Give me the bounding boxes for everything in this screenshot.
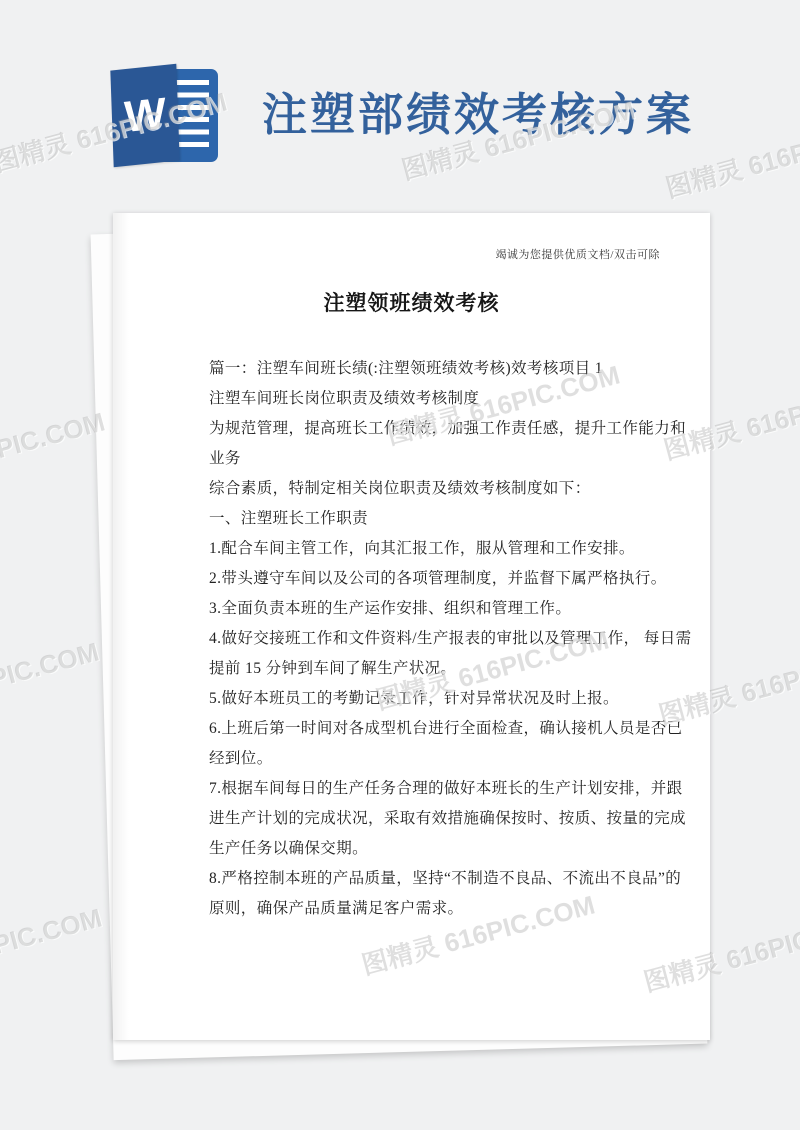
doc-line-14: 经到位。	[209, 744, 687, 774]
doc-line-7: 1.配合车间主管工作，向其汇报工作，服从管理和工作安排。	[209, 534, 687, 564]
word-icon-panel: W	[110, 64, 179, 168]
doc-line-6: 一、注塑班长工作职责	[209, 504, 687, 534]
doc-line-17: 生产任务以确保交期。	[209, 834, 687, 864]
document-page: 竭诚为您提供优质文档/双击可除 注塑领班绩效考核 篇一：注塑车间班长绩(:注塑领…	[113, 213, 710, 1040]
doc-line-10: 4.做好交接班工作和文件资料/生产报表的审批以及管理工作， 每日需	[209, 624, 687, 654]
doc-line-3: 为规范管理，提高班长工作绩效，加强工作责任感，提升工作能力和	[209, 414, 687, 444]
page-header: W 注塑部绩效考核方案	[112, 64, 694, 168]
watermark-text: 图精灵 616PIC.COM	[0, 632, 103, 730]
document-body: 篇一：注塑车间班长绩(:注塑领班绩效考核)效考核项目 1 注塑车间班长岗位职责及…	[209, 354, 687, 924]
doc-line-9: 3.全面负责本班的生产运作安排、组织和管理工作。	[209, 594, 687, 624]
word-icon-letter: W	[123, 91, 166, 139]
doc-line-13: 6.上班后第一时间对各成型机台进行全面检查，确认接机人员是否已	[209, 714, 687, 744]
canvas: { "header": { "title": "注塑部绩效考核方案", "tit…	[0, 0, 800, 1130]
doc-line-19: 原则，确保产品质量满足客户需求。	[209, 894, 687, 924]
page-title: 注塑部绩效考核方案	[262, 91, 694, 141]
doc-line-2: 注塑车间班长岗位职责及绩效考核制度	[209, 384, 687, 414]
doc-line-15: 7.根据车间每日的生产任务合理的做好本班长的生产计划安排，并跟	[209, 774, 687, 804]
doc-line-8: 2.带头遵守车间以及公司的各项管理制度，并监督下属严格执行。	[209, 564, 687, 594]
doc-line-1: 篇一：注塑车间班长绩(:注塑领班绩效考核)效考核项目 1	[209, 354, 687, 384]
word-icon: W	[112, 64, 218, 168]
watermark-text: 图精灵 616PIC.COM	[0, 402, 109, 500]
doc-line-12: 5.做好本班员工的考勤记录工作，针对异常状况及时上报。	[209, 684, 687, 714]
doc-line-4: 业务	[209, 444, 687, 474]
document-disclaimer: 竭诚为您提供优质文档/双击可除	[495, 246, 660, 262]
watermark-text: 图精灵 616PIC.COM	[0, 898, 106, 996]
doc-line-18: 8.严格控制本班的产品质量，坚持“不制造不良品、不流出不良品”的	[209, 864, 687, 894]
doc-line-16: 进生产计划的完成状况，采取有效措施确保按时、按质、按量的完成	[209, 804, 687, 834]
doc-line-5: 综合素质，特制定相关岗位职责及绩效考核制度如下：	[209, 474, 687, 504]
doc-line-11: 提前 15 分钟到车间了解生产状况。	[209, 654, 687, 684]
document-title: 注塑领班绩效考核	[113, 287, 710, 317]
